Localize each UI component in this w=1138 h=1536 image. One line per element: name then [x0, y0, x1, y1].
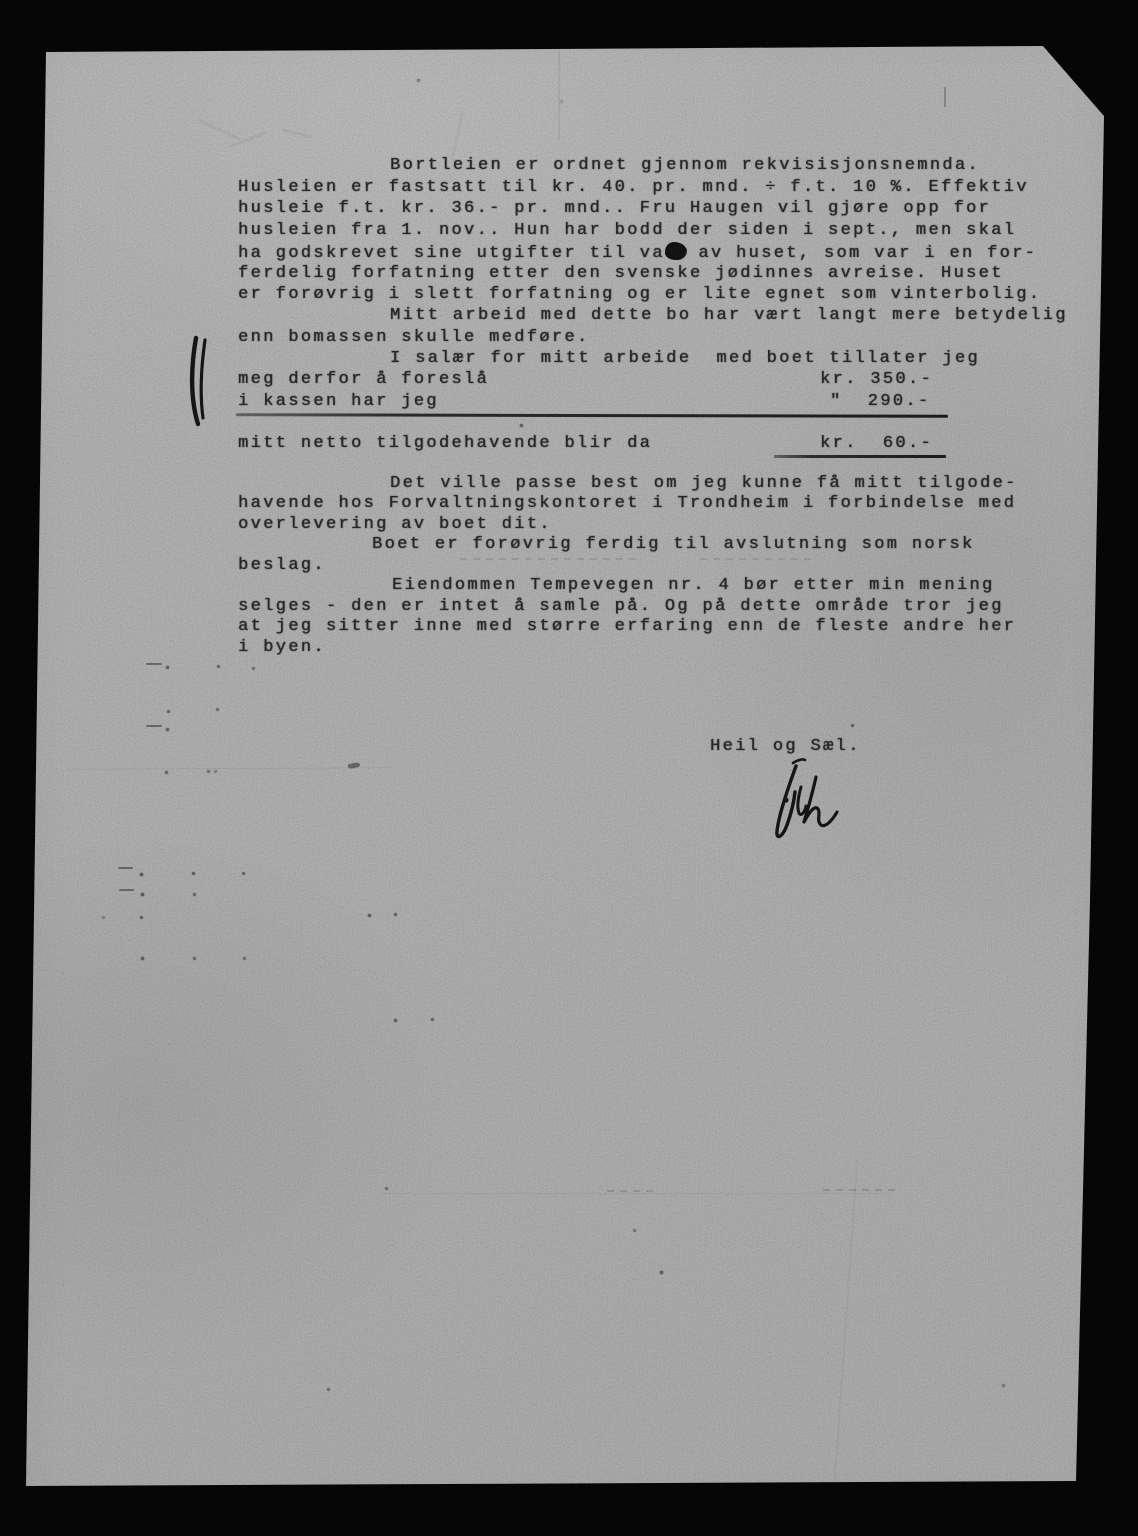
typed-line: beslag.: [238, 556, 326, 575]
typed-line: I salær for mitt arbeide med boet tillat…: [390, 349, 980, 368]
margin-dash: [146, 663, 162, 665]
typed-line: enn bomassen skulle medføre.: [238, 328, 589, 347]
typed-line: husleie f.t. kr. 36.- pr. mnd.. Fru Haug…: [238, 199, 991, 218]
margin-dash: [118, 867, 133, 869]
margin-dash: [119, 889, 134, 891]
ink-blot: [665, 242, 686, 260]
bleed-smudge: [198, 118, 241, 140]
bleed-smudge: [282, 128, 312, 138]
scanner-background: Bortleien er ordnet gjennom rekvisisjons…: [0, 0, 1138, 1536]
paper-crease: [558, 50, 560, 140]
ghost-underline: [700, 558, 815, 560]
ghost-text-line: [607, 1190, 659, 1192]
signature-vik: [750, 755, 860, 855]
typed-line-with-blot: ha godskrevet sine utgifter til va av hu…: [238, 242, 1037, 263]
letter-page: Bortleien er ordnet gjennom rekvisisjons…: [0, 0, 1138, 1536]
scan-dust-dots: [0, 0, 3, 3]
typed-line: er forøvrig i slett forfatning og er lit…: [238, 285, 1041, 304]
ledger-label: i kassen har jeg: [238, 392, 439, 411]
typed-line: overlevering av boet dit.: [238, 515, 552, 534]
typed-line-part: av huset, som var i en for-: [686, 244, 1037, 263]
typed-line: i byen.: [238, 638, 326, 657]
bleed-smudge: [451, 110, 465, 161]
typed-line: husleien fra 1. nov.. Hun har bodd der s…: [238, 221, 1016, 240]
margin-check-mark: [182, 330, 216, 436]
ledger-sum-rule: [236, 413, 948, 417]
ghost-underline: [460, 558, 640, 560]
typed-line: at jeg sitter inne med større erfaring e…: [238, 617, 1016, 636]
typed-line: selges - den er intet å samle på. Og på …: [238, 597, 1004, 616]
typed-line-part: ha godskrevet sine utgifter til va: [238, 244, 665, 263]
scan-dust-faint: [0, 0, 3, 3]
typed-line: ferdelig forfatning etter den svenske jø…: [238, 264, 1004, 283]
typed-line: Boet er forøvrig ferdig til avslutning s…: [372, 535, 974, 554]
typed-line: havende hos Forvaltningskontoret i Trond…: [238, 494, 1016, 513]
ledger-amount: kr. 350.-: [820, 370, 933, 389]
typed-line: Det ville passe best om jeg kunne få mit…: [390, 474, 1018, 493]
paper-crease: [380, 1193, 890, 1194]
stray-pencil-tick: [944, 87, 946, 107]
typed-line: Husleien er fastsatt til kr. 40. pr. mnd…: [238, 178, 1029, 197]
typed-line: Eiendommen Tempevegen nr. 4 bør etter mi…: [392, 576, 994, 595]
typed-line: Mitt arbeid med dette bo har vært langt …: [390, 306, 1068, 325]
ledger-amount: " 290.-: [830, 392, 930, 411]
ledger-label: mitt netto tilgodehavende blir da: [238, 434, 652, 453]
margin-dash: [146, 725, 162, 727]
ledger-label: meg derfor å foreslå: [238, 370, 489, 389]
paper-crease: [68, 767, 390, 770]
bleed-smudge: [229, 131, 267, 148]
typed-line: Bortleien er ordnet gjennom rekvisisjons…: [390, 156, 980, 175]
paper-crease: [834, 1160, 858, 1479]
closing-salutation: Heil og Sæl.: [710, 737, 861, 756]
ledger-amount: kr. 60.-: [820, 434, 933, 453]
stray-mark: [348, 762, 361, 770]
ledger-total-rule: [774, 455, 946, 458]
ghost-text-line: [823, 1189, 895, 1191]
